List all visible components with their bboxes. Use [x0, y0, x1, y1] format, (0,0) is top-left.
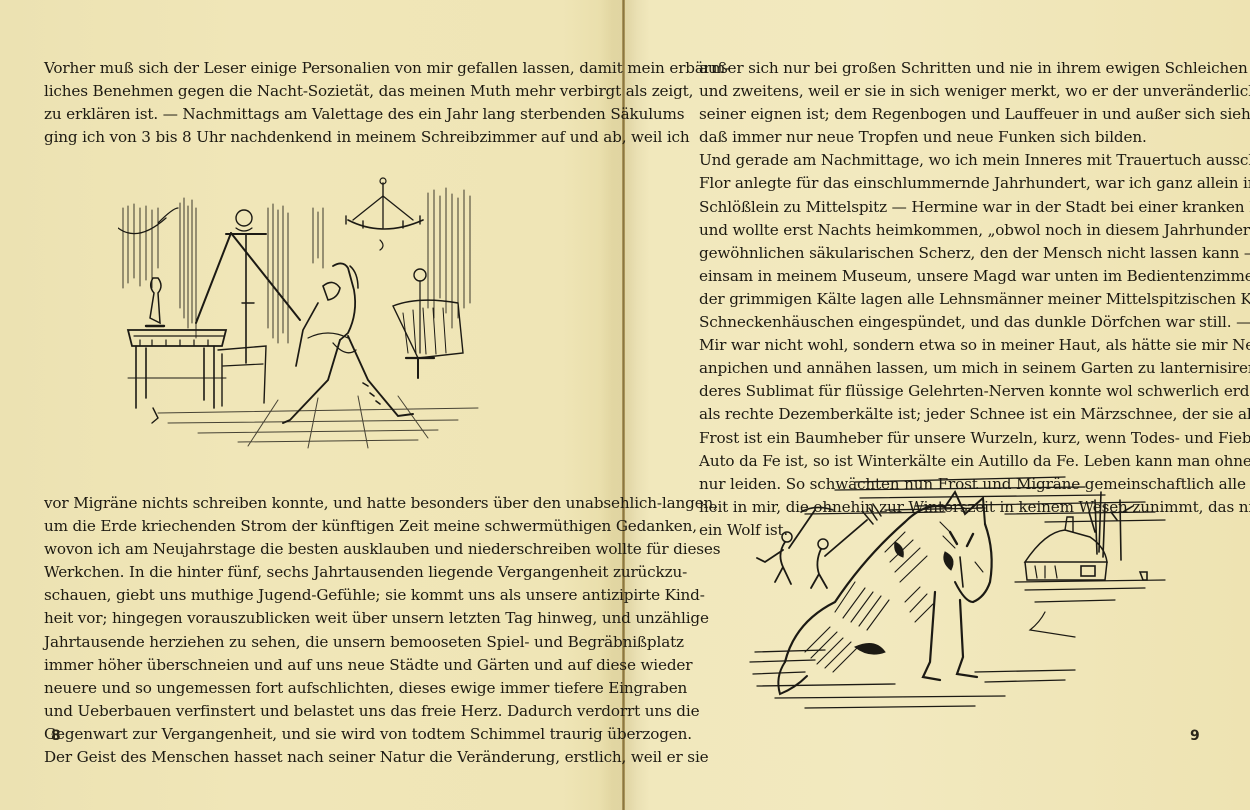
book-spread: Vorher muß sich der Leser einige Persona…: [0, 0, 1250, 810]
text-line: Schneckenhäuschen eingespündet, und das …: [699, 311, 1199, 334]
left-page-bottom-paragraph: vor Migräne nichts schreiben konnte, und…: [44, 492, 539, 769]
text-line: Und gerade am Nachmittage, wo ich mein I…: [699, 149, 1199, 172]
left-page-top-paragraph: Vorher muß sich der Leser einige Persona…: [44, 57, 539, 149]
text-line: einsam in meinem Museum, unsere Magd war…: [699, 265, 1199, 288]
illustration-wolf: [745, 462, 1180, 712]
text-line: außer sich nur bei großen Schritten und …: [699, 57, 1199, 80]
room-sketch-icon: [118, 168, 483, 453]
text-line: Der Geist des Menschen hasset nach seine…: [44, 746, 539, 769]
illustration-striding-man: [118, 168, 483, 453]
text-line: gewöhnlichen säkularischen Scherz, den d…: [699, 242, 1199, 265]
text-line: zu erklären ist. — Nachmittags am Valett…: [44, 103, 539, 126]
text-line: ging ich von 3 bis 8 Uhr nachdenkend in …: [44, 126, 539, 149]
text-line: Mir war nicht wohl, sondern etwa so in m…: [699, 334, 1199, 357]
text-line: deres Sublimat für flüssige Gelehrten-Ne…: [699, 380, 1199, 403]
text-line: liches Benehmen gegen die Nacht-Sozietät…: [44, 80, 539, 103]
text-line: Frost ist ein Baumheber für unsere Wurze…: [699, 427, 1199, 450]
text-line: schauen, giebt uns muthige Jugend-Gefühl…: [44, 584, 539, 607]
text-line: neuere und so ungemessen fort aufschlich…: [44, 677, 539, 700]
text-line: Schlößlein zu Mittelspitz — Hermine war …: [699, 196, 1199, 219]
text-line: Vorher muß sich der Leser einige Persona…: [44, 57, 539, 80]
page-number-right: 9: [1190, 728, 1200, 744]
text-line: und Ueberbauen verfinstert und belastet …: [44, 700, 539, 723]
text-line: seiner eignen ist; dem Regenbogen und La…: [699, 103, 1199, 126]
text-line: als rechte Dezemberkälte ist; jeder Schn…: [699, 403, 1199, 426]
left-page: Vorher muß sich der Leser einige Persona…: [0, 0, 624, 810]
text-line: um die Erde kriechenden Strom der künfti…: [44, 515, 539, 538]
text-line: Jahrtausende herziehen zu sehen, die uns…: [44, 631, 539, 654]
text-line: immer höher überschneien und auf uns neu…: [44, 654, 539, 677]
page-number-left: 8: [51, 728, 61, 744]
text-line: und wollte erst Nachts heimkommen, „obwo…: [699, 219, 1199, 242]
wolf-sketch-icon: [745, 462, 1180, 712]
text-line: Flor anlegte für das einschlummernde Jah…: [699, 172, 1199, 195]
text-line: vor Migräne nichts schreiben konnte, und…: [44, 492, 539, 515]
text-line: anpichen und annähen lassen, um mich in …: [699, 357, 1199, 380]
text-line: der grimmigen Kälte lagen alle Lehnsmänn…: [699, 288, 1199, 311]
text-line: wovon ich am Neujahrstage die besten aus…: [44, 538, 539, 561]
text-line: Gegenwart zur Vergangenheit, und sie wir…: [44, 723, 539, 746]
right-page: außer sich nur bei großen Schritten und …: [626, 0, 1250, 810]
text-line: heit vor; hingegen vorauszublicken weit …: [44, 607, 539, 630]
text-line: daß immer nur neue Tropfen und neue Funk…: [699, 126, 1199, 149]
text-line: und zweitens, weil er sie in sich wenige…: [699, 80, 1199, 103]
text-line: Werkchen. In die hinter fünf, sechs Jahr…: [44, 561, 539, 584]
